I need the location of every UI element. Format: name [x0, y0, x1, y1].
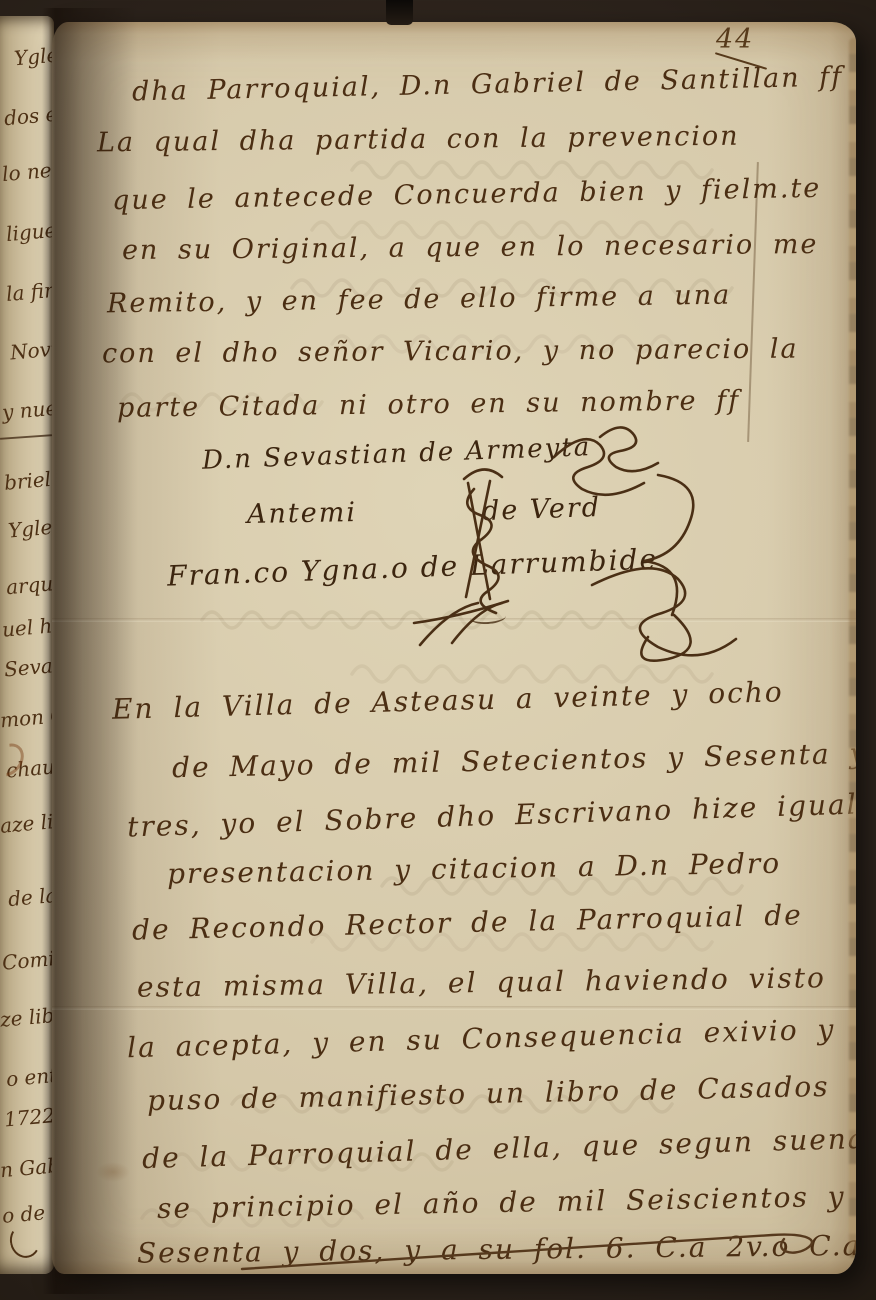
margin-text-fragment: Novie: [9, 337, 54, 362]
text-line: en su Original, a que en lo necesario me: [122, 229, 819, 267]
text-line: de la Parroquial de ella, que segun suen…: [142, 1122, 856, 1176]
margin-text-fragment: n Gabri: [0, 1154, 54, 1181]
text-line: puso de manifiesto un libro de Casados: [147, 1070, 830, 1118]
text-line: dha Parroquial, D.n Gabriel de Santillan…: [132, 62, 844, 109]
text-line: la acepta, y en su Consequencia exivio y: [127, 1013, 836, 1065]
margin-text-fragment: 1722:: [3, 1105, 54, 1130]
margin-text-fragment: de la: [7, 885, 54, 909]
margin-text-fragment: uel hij: [1, 614, 54, 639]
margin-text-fragment: o ent: [5, 1065, 54, 1089]
margin-text-fragment: Yglesi: [7, 515, 54, 540]
text-line: Remito, y en fee de ello firme a una: [107, 280, 732, 321]
text-line: presentacion y citacion a D.n Pedro: [167, 847, 782, 891]
text-line: con el dho señor Vicario, y no parecio l…: [102, 334, 799, 371]
folio-number: 44: [716, 24, 754, 55]
section-divider-mark: [470, 609, 507, 625]
margin-text-fragment: dos e: [3, 104, 54, 129]
margin-text-fragment: ligue: [5, 220, 54, 244]
signature-armeyta: D.n Sevastian de Armeyta: [202, 432, 592, 476]
margin-text-fragment: ze libr: [0, 1004, 54, 1029]
margin-text-fragment: la fir: [5, 280, 54, 304]
text-line: de Recondo Rector de la Parroquial de: [132, 898, 803, 947]
margin-text-fragment: mon Ch: [0, 704, 54, 731]
text-line: se principio el año de mil Seiscientos y: [157, 1180, 846, 1226]
signature-antemi: Antemi: [247, 497, 357, 530]
margin-rule: [0, 434, 52, 440]
text-line: tres, yo el Sobre dho Escrivano hize igu…: [127, 788, 856, 845]
press-bar: [386, 0, 413, 25]
text-line: La qual dha partida con la prevencion: [97, 121, 740, 160]
margin-flourish: [7, 1221, 43, 1260]
text-line: parte Citada ni otro en su nombre ff: [117, 385, 740, 425]
margin-text-fragment: Comis: [1, 947, 54, 972]
text-line: En la Villa de Asteasu a veinte y ocho: [112, 675, 784, 726]
photo-background: Ygles dos e lo nece ligue la fir Novie y…: [0, 0, 876, 1300]
text-line: esta misma Villa, el qual haviendo visto: [137, 961, 826, 1004]
paper-stain: [96, 1162, 130, 1182]
signature-de-verdad: de Verd: [481, 492, 601, 527]
margin-text-fragment: y nue: [1, 398, 54, 423]
margin-text-fragment: aze lib: [0, 810, 54, 836]
signature-larrumbide: Fran.co Ygna.o de Larrumbide: [167, 542, 659, 592]
fold-crease: [52, 1006, 856, 1010]
margin-text-fragment: Sevas: [3, 654, 54, 679]
text-line: que le antecede Concuerda bien y fielm.t…: [112, 173, 822, 218]
text-line: Sesenta y dos, y a su fol. 6. C.a 2v.o C…: [137, 1227, 856, 1270]
text-line: de Mayo de mil Setecientos y Sesenta y: [172, 737, 856, 785]
manuscript-page: 44 dha Parroquial, D.n Gabriel de Santil…: [52, 22, 856, 1274]
margin-text-fragment: Ygles: [13, 44, 54, 69]
facing-page-edge: Ygles dos e lo nece ligue la fir Novie y…: [0, 16, 54, 1274]
fold-crease: [52, 618, 856, 622]
margin-text-fragment: arqui: [5, 573, 54, 598]
margin-text-fragment: briel d: [3, 467, 54, 493]
margin-text-fragment: lo nece: [1, 158, 54, 184]
margin-text-fragment: o de la: [1, 1200, 54, 1226]
